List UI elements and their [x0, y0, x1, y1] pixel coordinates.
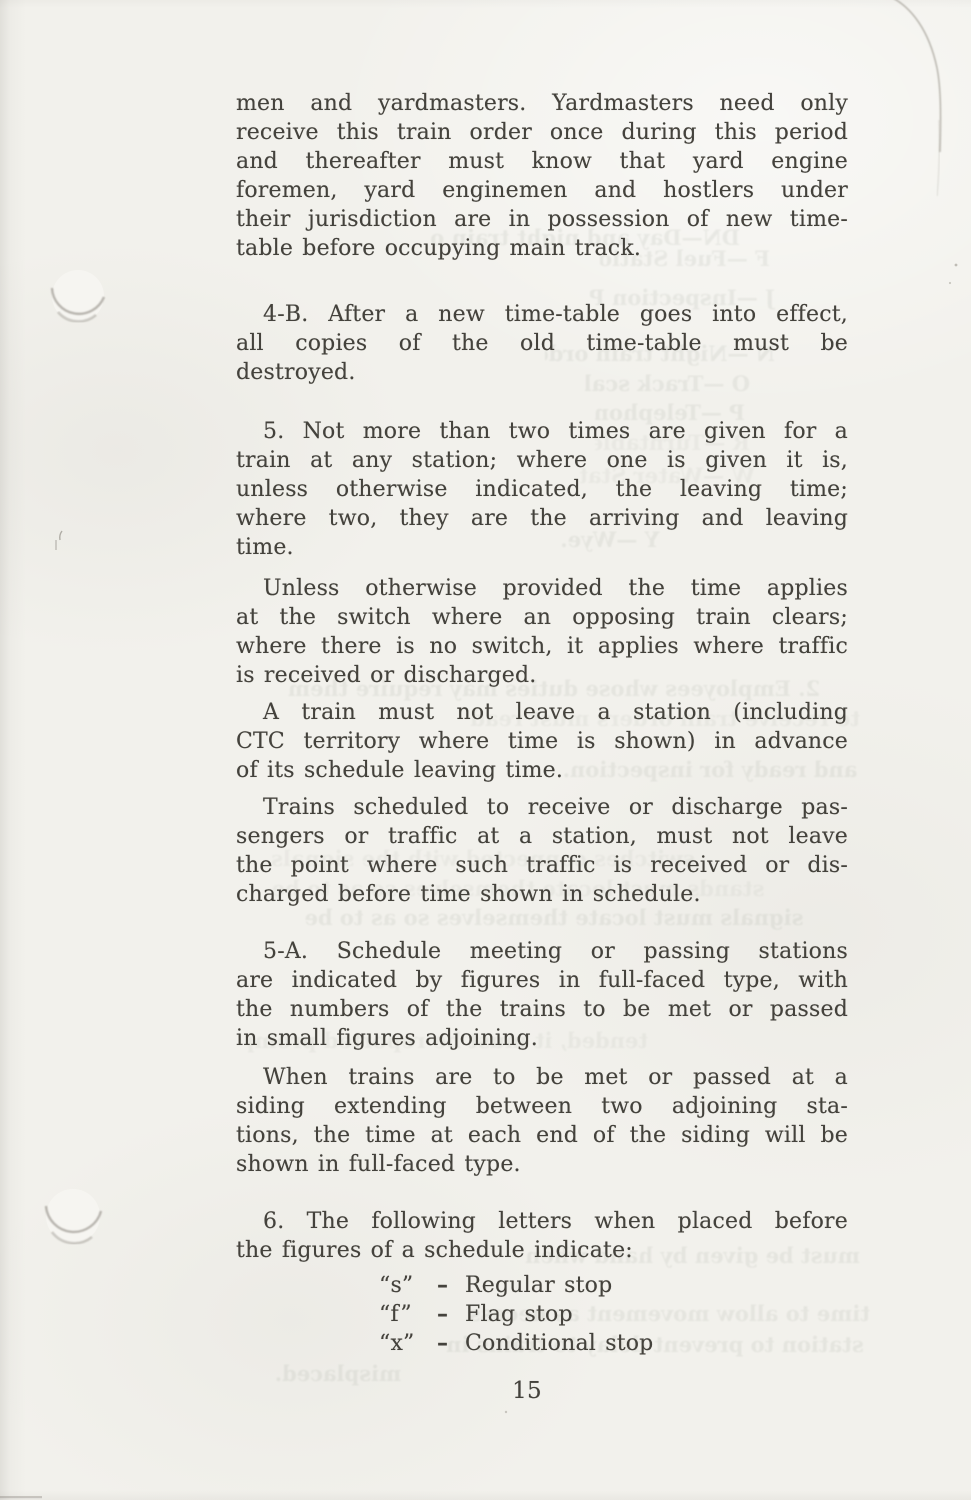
paragraph-rule-6-intro: 6. The following letters when placed bef…: [236, 1207, 848, 1265]
text-line: unless otherwise indicated, the leaving …: [236, 475, 848, 504]
page-curl-mark-fade: [937, 120, 939, 196]
text-line: is received or discharged.: [236, 661, 848, 690]
text-line: all copies of the old time-table must be: [236, 329, 848, 358]
text-line: in small figures adjoining.: [236, 1024, 848, 1053]
text-line: table before occupying main track.: [236, 234, 848, 263]
text-line: where two, they are the arriving and lea…: [236, 504, 848, 533]
text-line: sengers or traffic at a station, must no…: [236, 822, 848, 851]
text-line: the point where such traffic is received…: [236, 851, 848, 880]
legend-letter: “x”: [379, 1329, 437, 1358]
page-curl-mark: [891, 0, 941, 152]
legend-row-regular-stop: “s” – Regular stop: [379, 1271, 848, 1300]
speck: [505, 1411, 507, 1413]
text-line: Trains scheduled to receive or discharge…: [236, 793, 848, 822]
text-line: charged before time shown in schedule.: [236, 880, 848, 909]
page-number: 15: [236, 1377, 848, 1406]
legend-dash: –: [437, 1329, 465, 1358]
edge-mark: [0, 1496, 42, 1498]
paragraph-siding: When trains are to be met or passed at a…: [236, 1063, 848, 1179]
text-line: the figures of a schedule indicate:: [236, 1236, 848, 1265]
legend-label: Flag stop: [465, 1300, 573, 1329]
text-line: When trains are to be met or passed at a: [236, 1063, 848, 1092]
text-line: A train must not leave a station (includ…: [236, 698, 848, 727]
paragraph-rule-5: 5. Not more than two times are given for…: [236, 417, 848, 562]
text-line: the numbers of the trains to be met or p…: [236, 995, 848, 1024]
text-line: train at any station; where one is given…: [236, 446, 848, 475]
text-line: foremen, yard enginemen and hostlers und…: [236, 176, 848, 205]
text-block: men and yardmasters. Yardmasters need on…: [236, 89, 848, 1406]
paragraph-traffic-stop: Trains scheduled to receive or discharge…: [236, 793, 848, 909]
text-line: of its schedule leaving time.: [236, 756, 848, 785]
text-line: are indicated by figures in full-faced t…: [236, 966, 848, 995]
paragraph-continuation: men and yardmasters. Yardmasters need on…: [236, 89, 848, 263]
legend-row-flag-stop: “f” – Flag stop: [379, 1300, 848, 1329]
speck: [949, 282, 951, 284]
legend-dash: –: [437, 1300, 465, 1329]
stop-letter-legend: “s” – Regular stop “f” – Flag stop “x” –…: [236, 1271, 848, 1358]
punch-hole-bottom-fill: [46, 1189, 100, 1243]
paragraph-no-advance: A train must not leave a station (includ…: [236, 698, 848, 785]
punch-hole-top: [52, 288, 104, 314]
legend-letter: “f”: [379, 1300, 437, 1329]
text-line: men and yardmasters. Yardmasters need on…: [236, 89, 848, 118]
text-line: CTC territory where time is shown) in ad…: [236, 727, 848, 756]
text-line: time.: [236, 533, 848, 562]
legend-dash: –: [437, 1271, 465, 1300]
legend-label: Regular stop: [465, 1271, 612, 1300]
text-line: tions, the time at each end of the sidin…: [236, 1121, 848, 1150]
text-line: siding extending between two adjoining s…: [236, 1092, 848, 1121]
text-line: 4-B. After a new time-table goes into ef…: [236, 300, 848, 329]
legend-letter: “s”: [379, 1271, 437, 1300]
scanned-page: DN—Day and night train order office. F —…: [0, 0, 971, 1500]
text-line: 5-A. Schedule meeting or passing station…: [236, 937, 848, 966]
legend-label: Conditional stop: [465, 1329, 653, 1358]
punch-hole-bottom: [46, 1206, 101, 1232]
text-line: destroyed.: [236, 358, 848, 387]
text-line: at the switch where an opposing train cl…: [236, 603, 848, 632]
text-line: 5. Not more than two times are given for…: [236, 417, 848, 446]
legend-row-conditional-stop: “x” – Conditional stop: [379, 1329, 848, 1358]
punch-hole-top-fill: [52, 270, 104, 322]
paragraph-rule-4b: 4-B. After a new time-table goes into ef…: [236, 300, 848, 387]
text-line: shown in full-faced type.: [236, 1150, 848, 1179]
punch-hole-top-shadow: [58, 312, 96, 321]
text-line: where there is no switch, it applies whe…: [236, 632, 848, 661]
speck: [955, 264, 958, 267]
text-line: receive this train order once during thi…: [236, 118, 848, 147]
paragraph-time-applies: Unless otherwise provided the time appli…: [236, 574, 848, 690]
pen-mark: [60, 531, 62, 540]
text-line: their jurisdiction are in possession of …: [236, 205, 848, 234]
text-line: and thereafter must know that yard engin…: [236, 147, 848, 176]
paragraph-rule-5a: 5-A. Schedule meeting or passing station…: [236, 937, 848, 1053]
text-line: 6. The following letters when placed bef…: [236, 1207, 848, 1236]
text-line: Unless otherwise provided the time appli…: [236, 574, 848, 603]
punch-hole-bottom-shadow: [52, 1232, 92, 1243]
